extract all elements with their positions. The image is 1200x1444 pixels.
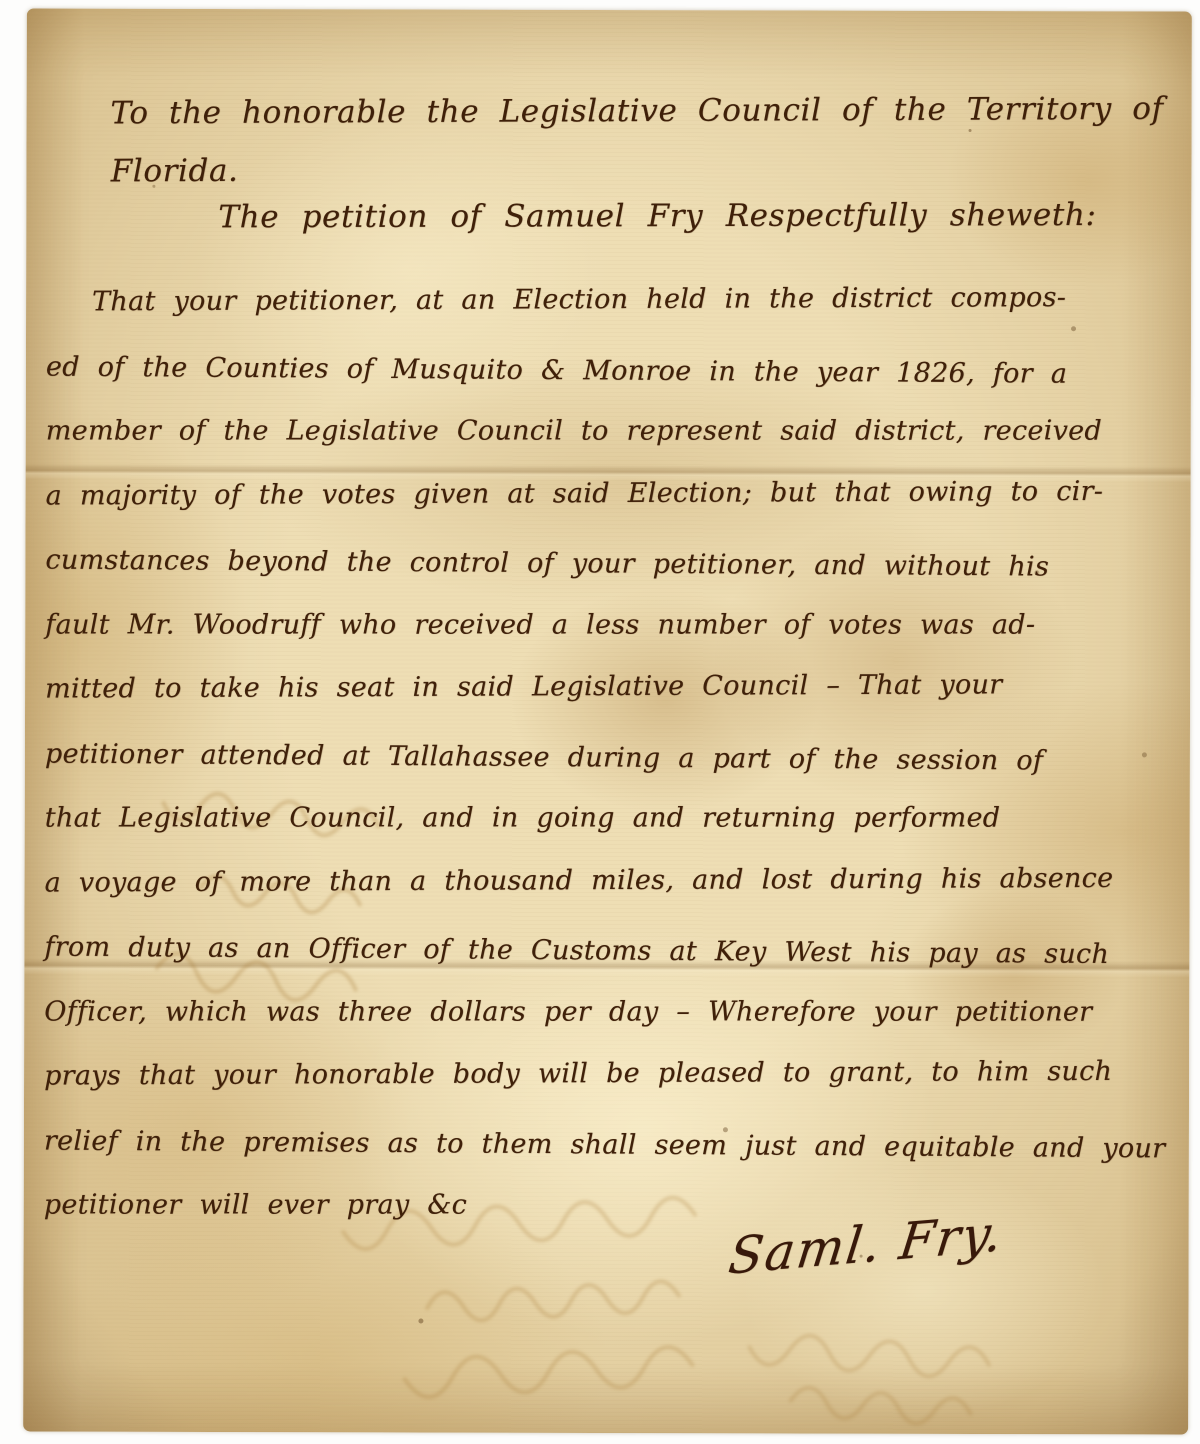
body-line: cumstances beyond the control of your pe… xyxy=(45,529,1182,601)
body-line: Officer, which was three dollars per day… xyxy=(44,980,1181,1045)
body-line: fault Mr. Woodruff who received a less n… xyxy=(45,593,1182,658)
salutation-line: Florida. xyxy=(111,138,1164,201)
foxing-specks xyxy=(27,8,30,11)
petition-subheading: The petition of Samuel Fry Respectfully … xyxy=(218,197,1096,235)
body-line: a voyage of more than a thousand miles, … xyxy=(44,846,1181,915)
body-line: mitted to take his seat in said Legislat… xyxy=(45,653,1182,722)
body-line: from duty as an Officer of the Customs a… xyxy=(44,916,1181,988)
body-line: petitioner attended at Tallahassee durin… xyxy=(45,722,1182,794)
body-line: that Legislative Council, and in going a… xyxy=(45,787,1182,852)
petition-document-page: To the honorable the Legislative Council… xyxy=(23,8,1192,1434)
body-line: That your petitioner, at an Election hel… xyxy=(46,266,1183,335)
body-line: prays that your honorable body will be p… xyxy=(44,1040,1181,1109)
body-line: relief in the premises as to them shall … xyxy=(44,1109,1181,1181)
body-line: petitioner will ever pray &c xyxy=(44,1174,1181,1239)
body-line: ed of the Counties of Musquito & Monroe … xyxy=(46,335,1183,407)
body-line: a majority of the votes given at said El… xyxy=(45,459,1182,528)
salutation: To the honorable the Legislative Council… xyxy=(110,80,1164,201)
body-line: member of the Legislative Council to rep… xyxy=(46,400,1183,465)
petition-body: That your petitioner, at an Election hel… xyxy=(44,271,1184,1241)
ink-bleedthrough xyxy=(579,1285,1007,1434)
salutation-line: To the honorable the Legislative Council… xyxy=(110,80,1163,143)
